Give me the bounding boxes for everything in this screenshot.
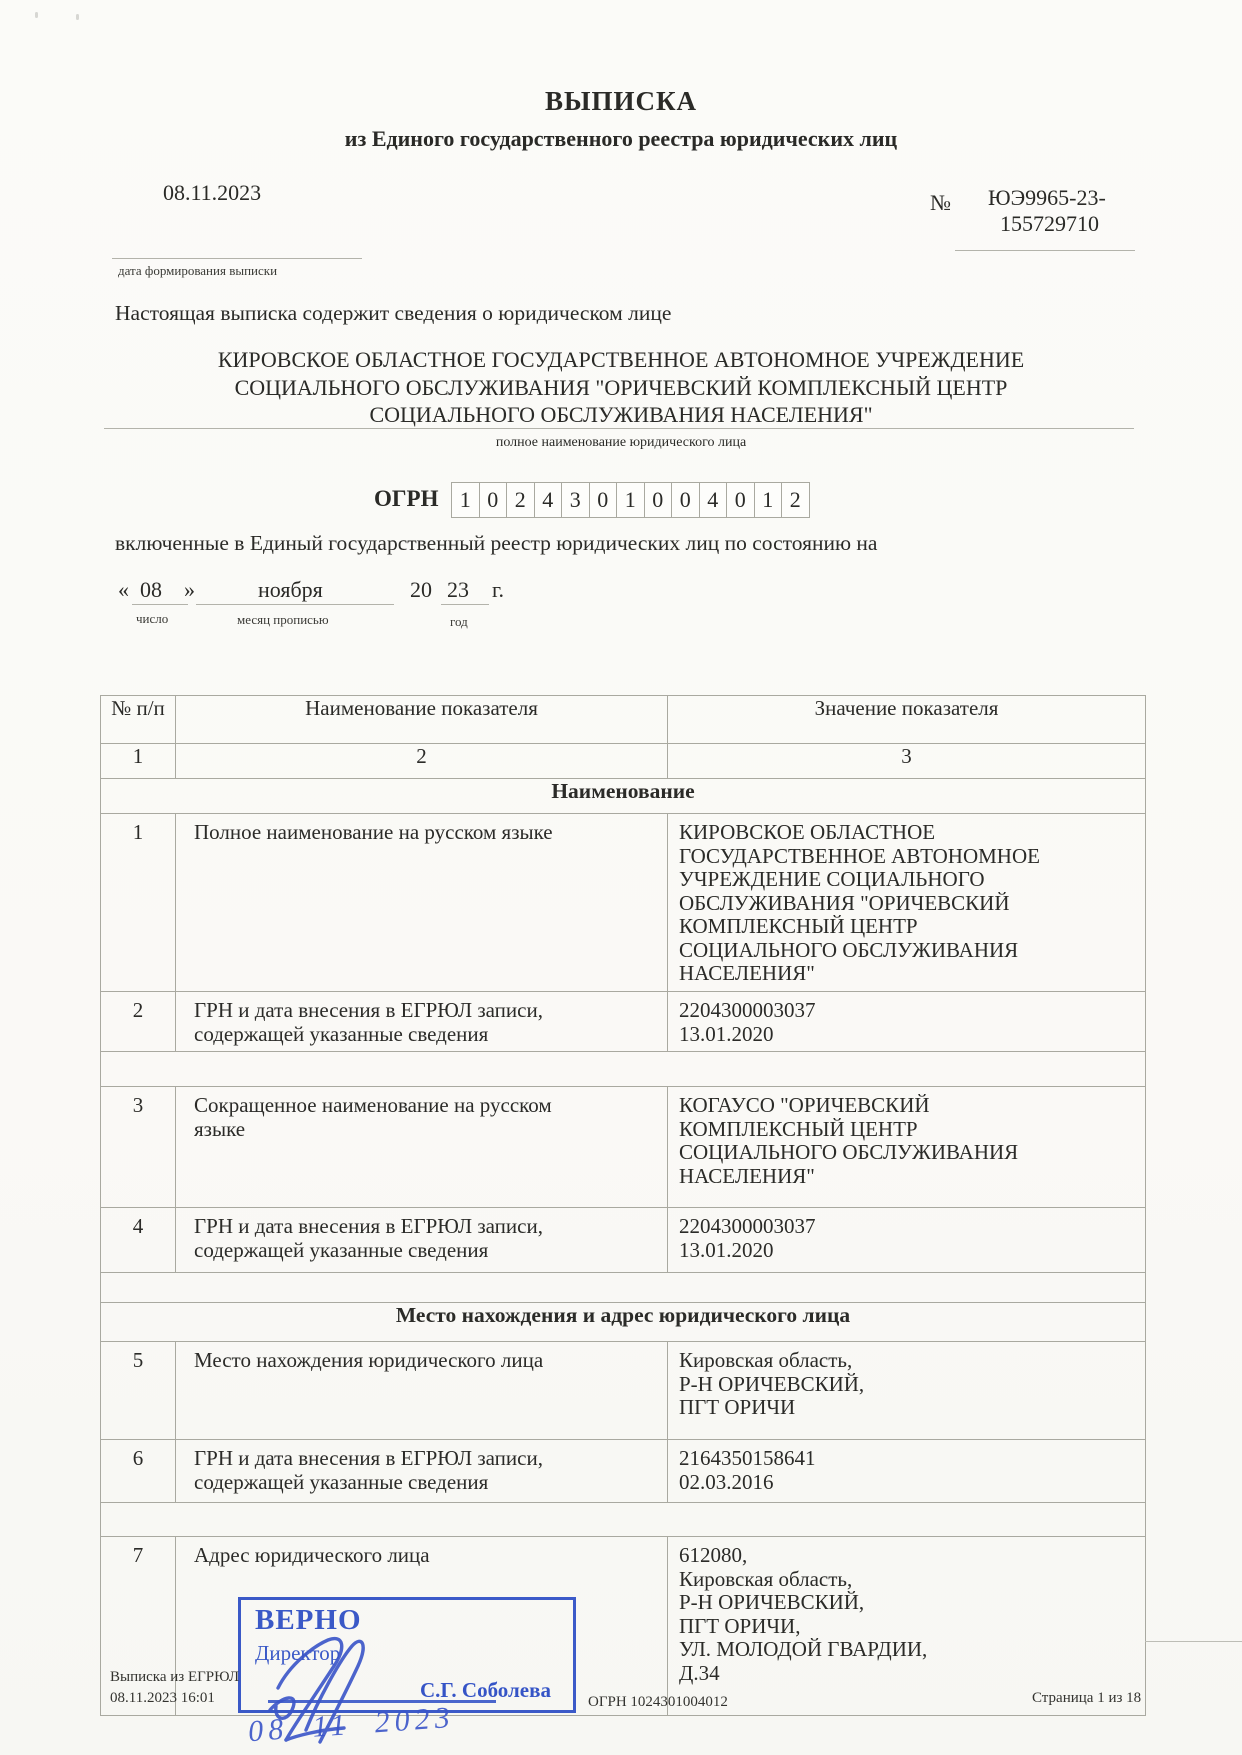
column-number-cell: 3 bbox=[668, 744, 1146, 779]
org-name-underline bbox=[104, 428, 1134, 429]
indicator-name-cell: Место нахождения юридического лица bbox=[176, 1342, 668, 1440]
month-underline bbox=[196, 604, 394, 605]
document-title: ВЫПИСКА bbox=[0, 86, 1242, 117]
spacer-row bbox=[101, 1273, 1146, 1303]
table-header-row: № п/п Наименование показателя Значение п… bbox=[101, 696, 1146, 744]
indicators-table: № п/п Наименование показателя Значение п… bbox=[100, 695, 1146, 1716]
footer-doc-type: Выписка из ЕГРЮЛ bbox=[110, 1669, 239, 1686]
indicator-value-cell: КОГАУСО "ОРИЧЕВСКИЙ КОМПЛЕКСНЫЙ ЦЕНТР СО… bbox=[668, 1087, 1146, 1208]
row-num-cell: 1 bbox=[101, 814, 176, 992]
state-month: ноября bbox=[258, 577, 323, 603]
scanned-egrul-extract-page: ВЫПИСКА из Единого государственного реес… bbox=[0, 0, 1242, 1755]
indicator-name-cell: ГРН и дата внесения в ЕГРЮЛ записи, соде… bbox=[176, 992, 668, 1052]
column-number-row: 1 2 3 bbox=[101, 744, 1146, 779]
ogrn-digit: 0 bbox=[479, 482, 508, 518]
ogrn-digit: 2 bbox=[781, 482, 810, 518]
header-value-cell: Значение показателя bbox=[668, 696, 1146, 744]
ogrn-digit: 1 bbox=[616, 482, 645, 518]
indicator-value-cell: Кировская область, Р-Н ОРИЧЕВСКИЙ, ПГТ О… bbox=[668, 1342, 1146, 1440]
indicator-value-cell: 2164350158641 02.03.2016 bbox=[668, 1440, 1146, 1503]
state-century: 20 bbox=[410, 577, 432, 603]
column-number-cell: 1 bbox=[101, 744, 176, 779]
ogrn-digit: 0 bbox=[589, 482, 618, 518]
formation-date-caption: дата формирования выписки bbox=[118, 263, 277, 279]
extract-number-underline bbox=[955, 250, 1135, 251]
formation-date-underline bbox=[112, 258, 362, 259]
spacer-row bbox=[101, 1503, 1146, 1537]
footer-ogrn: ОГРН 1024301004012 bbox=[588, 1694, 728, 1711]
row-num-cell: 3 bbox=[101, 1087, 176, 1208]
included-line: включенные в Единый государственный реес… bbox=[115, 531, 877, 556]
scan-speck bbox=[35, 12, 38, 18]
table-row: 2 ГРН и дата внесения в ЕГРЮЛ записи, со… bbox=[101, 992, 1146, 1052]
table-row: 3 Сокращенное наименование на русском яз… bbox=[101, 1087, 1146, 1208]
footer-page-number: Страница 1 из 18 bbox=[1032, 1690, 1141, 1707]
table-row: 6 ГРН и дата внесения в ЕГРЮЛ записи, со… bbox=[101, 1440, 1146, 1503]
row-num-cell: 4 bbox=[101, 1208, 176, 1273]
indicator-value-cell: 2204300003037 13.01.2020 bbox=[668, 1208, 1146, 1273]
extract-number-line2: 155729710 bbox=[1000, 211, 1099, 237]
scan-line-artifact bbox=[1145, 1641, 1242, 1642]
row-num-cell: 5 bbox=[101, 1342, 176, 1440]
ogrn-digit: 0 bbox=[726, 482, 755, 518]
org-name-line: КИРОВСКОЕ ОБЛАСТНОЕ ГОСУДАРСТВЕННОЕ АВТО… bbox=[60, 346, 1182, 374]
indicator-value-cell: КИРОВСКОЕ ОБЛАСТНОЕ ГОСУДАРСТВЕННОЕ АВТО… bbox=[668, 814, 1146, 992]
extract-number-line1: ЮЭ9965-23- bbox=[988, 185, 1106, 211]
ogrn-digit: 1 bbox=[754, 482, 783, 518]
spacer-row bbox=[101, 1052, 1146, 1087]
section-title-naimenovanie: Наименование bbox=[101, 779, 1146, 814]
ogrn-label: ОГРН bbox=[374, 486, 438, 512]
section-title-address: Место нахождения и адрес юридического ли… bbox=[101, 1303, 1146, 1342]
signer-name: С.Г. Соболева bbox=[420, 1678, 551, 1703]
indicator-value-cell: 2204300003037 13.01.2020 bbox=[668, 992, 1146, 1052]
month-caption: месяц прописью bbox=[237, 612, 329, 628]
header-name-cell: Наименование показателя bbox=[176, 696, 668, 744]
ogrn-digit: 3 bbox=[561, 482, 590, 518]
row-num-cell: 2 bbox=[101, 992, 176, 1052]
state-day: 08 bbox=[140, 577, 162, 603]
state-year: 23 bbox=[447, 577, 469, 603]
footer-datetime: 08.11.2023 16:01 bbox=[110, 1690, 215, 1707]
org-name-line: СОЦИАЛЬНОГО ОБСЛУЖИВАНИЯ НАСЕЛЕНИЯ" bbox=[60, 401, 1182, 429]
indicator-value-cell: 612080, Кировская область, Р-Н ОРИЧЕВСКИ… bbox=[668, 1537, 1146, 1716]
spacer-cell bbox=[101, 1503, 1146, 1537]
row-num-cell: 7 bbox=[101, 1537, 176, 1716]
ogrn-digit: 2 bbox=[506, 482, 535, 518]
spacer-cell bbox=[101, 1273, 1146, 1303]
ogrn-digit: 4 bbox=[699, 482, 728, 518]
ogrn-digit: 4 bbox=[534, 482, 563, 518]
column-number-cell: 2 bbox=[176, 744, 668, 779]
year-underline bbox=[441, 604, 489, 605]
year-caption: год bbox=[450, 614, 468, 630]
day-underline bbox=[132, 604, 188, 605]
state-year-suffix: г. bbox=[492, 577, 504, 603]
quote-open: « bbox=[118, 577, 129, 603]
lead-sentence: Настоящая выписка содержит сведения о юр… bbox=[115, 301, 671, 326]
org-name-caption: полное наименование юридического лица bbox=[100, 435, 1142, 451]
row-num-cell: 6 bbox=[101, 1440, 176, 1503]
org-name-line: СОЦИАЛЬНОГО ОБСЛУЖИВАНИЯ "ОРИЧЕВСКИЙ КОМ… bbox=[60, 374, 1182, 402]
number-sign: № bbox=[930, 190, 951, 216]
table-row: 4 ГРН и дата внесения в ЕГРЮЛ записи, со… bbox=[101, 1208, 1146, 1273]
header-num-cell: № п/п bbox=[101, 696, 176, 744]
ogrn-digit: 0 bbox=[644, 482, 673, 518]
ogrn-digit: 1 bbox=[451, 482, 480, 518]
organization-full-name: КИРОВСКОЕ ОБЛАСТНОЕ ГОСУДАРСТВЕННОЕ АВТО… bbox=[60, 346, 1182, 429]
formation-date: 08.11.2023 bbox=[163, 180, 261, 206]
section-header-row: Место нахождения и адрес юридического ли… bbox=[101, 1303, 1146, 1342]
table-row: 1 Полное наименование на русском языке К… bbox=[101, 814, 1146, 992]
spacer-cell bbox=[101, 1052, 1146, 1087]
section-header-row: Наименование bbox=[101, 779, 1146, 814]
indicator-name-cell: ГРН и дата внесения в ЕГРЮЛ записи, соде… bbox=[176, 1440, 668, 1503]
ogrn-digit-boxes: 1 0 2 4 3 0 1 0 0 4 0 1 2 bbox=[452, 482, 810, 518]
table-row: 5 Место нахождения юридического лица Кир… bbox=[101, 1342, 1146, 1440]
ogrn-digit: 0 bbox=[671, 482, 700, 518]
indicator-name-cell: ГРН и дата внесения в ЕГРЮЛ записи, соде… bbox=[176, 1208, 668, 1273]
quote-close: » bbox=[184, 577, 195, 603]
indicator-name-cell: Сокращенное наименование на русском язык… bbox=[176, 1087, 668, 1208]
document-subtitle: из Единого государственного реестра юрид… bbox=[0, 126, 1242, 152]
day-caption: число bbox=[136, 611, 168, 627]
indicator-name-cell: Полное наименование на русском языке bbox=[176, 814, 668, 992]
scan-speck bbox=[76, 14, 79, 20]
